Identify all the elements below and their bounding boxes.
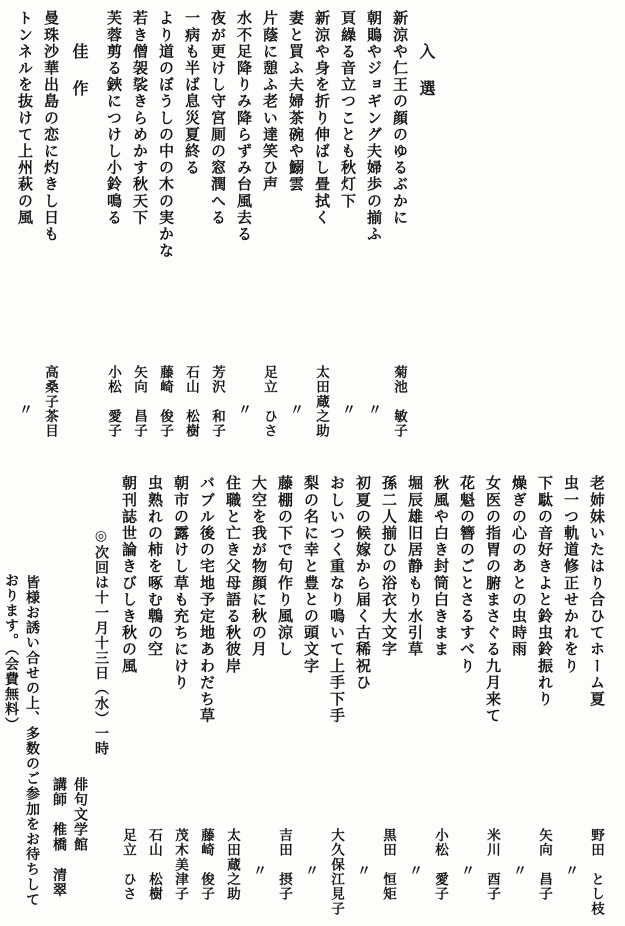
author-name: 小松 愛子	[105, 365, 121, 439]
haiku-column: 老姉妹いたはり合ひてホーム夏 野田 とし枝	[583, 475, 609, 926]
section-heading-nyusen: 入 選	[412, 10, 438, 470]
haiku-column: 芙蓉剪る鋏につけし小鈴鳴る 小松 愛子	[100, 10, 126, 470]
haiku-text: 新涼や身を折り伸ばし畳拭く	[313, 10, 329, 226]
haiku-column: 藤棚の下で句作り風涼し 吉田 摂子	[271, 475, 297, 926]
author-name: 〃	[287, 402, 303, 417]
haiku-text: 夜が更けし守宮厠の窓潤へる	[209, 10, 225, 226]
haiku-column: 虫熟れの柿を啄む鵯の空 石山 松樹	[141, 475, 167, 926]
haiku-text: 水不足降りみ降らずみ台風去る	[235, 10, 251, 242]
author-name: 〃	[354, 863, 370, 878]
author-name: 〃	[406, 863, 422, 878]
haiku-text: 孫二人揃ひの浴衣大文字	[380, 475, 396, 658]
author-name: 黒田 恒矩	[380, 828, 396, 902]
haiku-text: 一病も半ば息災夏終る	[183, 10, 199, 176]
haiku-text: 新涼や仁王の顔のゆるぶかに	[391, 10, 407, 226]
haiku-column: 住職と亡き父母語る秋彼岸 太田蔵之助	[219, 475, 245, 926]
haiku-text: 朝刊誌世論きびしき秋の風	[120, 475, 136, 674]
author-name: 〃	[458, 863, 474, 878]
haiku-text: おしいつく重なり鳴いて上手下手	[328, 475, 344, 724]
haiku-text: 妻と買ふ夫婦茶碗や鰯雲	[287, 10, 303, 193]
bottom-text-block: 老姉妹いたはり合ひてホーム夏 野田 とし枝 虫一つ軌道修正せかれをり 〃 下駄の…	[0, 475, 609, 926]
haiku-column: 一病も半ば息災夏終る 石山 松樹	[178, 10, 204, 470]
haiku-column: 大空を我が物顔に秋の月 〃	[245, 475, 271, 926]
haiku-text: 朝市の露けし草も充ちにけり	[172, 475, 188, 691]
invitation-line: 皆様お誘い合せの上、多数のご参加をお待ちして	[21, 475, 42, 926]
haiku-text: 大空を我が物顔に秋の月	[250, 475, 266, 658]
haiku-column: 女医の指胃の腑まさぐる九月来て 米川 酉子	[479, 475, 505, 926]
author-name: 矢向 昌子	[536, 828, 552, 902]
haiku-column: 妻と買ふ夫婦茶碗や鰯雲 〃	[282, 10, 308, 470]
author-name: 小松 愛子	[432, 828, 448, 902]
author-name: 矢向 昌子	[131, 365, 147, 439]
haiku-column: 朝市の露けし草も充ちにけり 茂木美津子	[167, 475, 193, 926]
author-name: 〃	[562, 863, 578, 878]
haiku-column: 朝鵙やジョギング夫婦歩の揃ふ 〃	[360, 10, 386, 470]
haiku-column: 朝刊誌世論きびしき秋の風 足立 ひさ	[115, 475, 141, 926]
lecturer-name: 講師 椎橋 清翠	[48, 475, 69, 926]
haiku-text: 片蔭に憩ふ老い達笑ひ声	[261, 10, 277, 193]
venue-name: 俳句文学館	[69, 475, 90, 926]
author-name: 〃	[16, 402, 32, 417]
author-name: 藤崎 俊子	[157, 365, 173, 439]
author-name: 吉田 摂子	[276, 828, 292, 902]
haiku-text: 虫一つ軌道修正せかれをり	[562, 475, 578, 674]
haiku-column: 頁繰る音立つことも秋灯下 〃	[334, 10, 360, 470]
haiku-column: 下駄の音好きよと鈴虫鈴振れり 矢向 昌子	[531, 475, 557, 926]
haiku-text: 花魁の簪のごとさるすべり	[458, 475, 474, 674]
author-name: 芳沢 和子	[209, 365, 225, 439]
haiku-column: トンネルを抜けて上州萩の風 〃	[11, 10, 37, 470]
haiku-column: 秋風や白き封筒白きまま 小松 愛子	[427, 475, 453, 926]
author-name: 茂木美津子	[172, 828, 188, 902]
author-name: 〃	[302, 863, 318, 878]
haiku-text: 下駄の音好きよと鈴虫鈴振れり	[536, 475, 552, 707]
haiku-selection-page: 入 選 新涼や仁王の顔のゆるぶかに 菊池 敏子 朝鵙やジョギング夫婦歩の揃ふ 〃…	[0, 0, 625, 926]
author-name: 野田 とし枝	[588, 828, 604, 916]
haiku-column: おしいつく重なり鳴いて上手下手 大久保江見子	[323, 475, 349, 926]
author-name: 太田蔵之助	[224, 828, 240, 902]
author-name: 〃	[339, 402, 355, 417]
haiku-column: より道のぼうしの中の木の実かな 藤崎 俊子	[152, 10, 178, 470]
author-name: 〃	[235, 402, 251, 417]
author-name: 菊池 敏子	[391, 365, 407, 439]
haiku-text: 女医の指胃の腑まさぐる九月来て	[484, 475, 500, 724]
haiku-text: 虫熟れの柿を啄む鵯の空	[146, 475, 162, 658]
haiku-text: 芙蓉剪る鋏につけし小鈴鳴る	[105, 10, 121, 226]
haiku-column: 夜が更けし守宮厠の窓潤へる 芳沢 和子	[204, 10, 230, 470]
haiku-column: 堀辰雄旧居静もり水引草 〃	[401, 475, 427, 926]
haiku-column: 虫一つ軌道修正せかれをり 〃	[557, 475, 583, 926]
author-name: 〃	[250, 863, 266, 878]
haiku-column: 若き僧袈裟きらめかす秋天下 矢向 昌子	[126, 10, 152, 470]
haiku-column: 孫二人揃ひの浴衣大文字 黒田 恒矩	[375, 475, 401, 926]
haiku-text: 燥ぎの心のあとの虫時雨	[510, 475, 526, 658]
haiku-column: 梨の名に幸と豊との頭文字 〃	[297, 475, 323, 926]
haiku-text: 曼珠沙華出島の恋に灼きし日も	[42, 10, 58, 242]
author-name: 足立 ひさ	[261, 365, 277, 439]
haiku-column: 初夏の候嫁から届く古稀祝ひ 〃	[349, 475, 375, 926]
author-name: 足立 ひさ	[120, 828, 136, 902]
haiku-text: より道のぼうしの中の木の実かな	[157, 10, 173, 259]
next-meeting-notice: ◎次回は十一月十三日（水）一時	[90, 475, 111, 926]
haiku-column: 新涼や仁王の顔のゆるぶかに 菊池 敏子	[386, 10, 412, 470]
haiku-column: 曼珠沙華出島の恋に灼きし日も 高桑子茶目	[37, 10, 63, 470]
author-name: 〃	[510, 863, 526, 878]
haiku-text: 住職と亡き父母語る秋彼岸	[224, 475, 240, 674]
invitation-line-2: おります。（会費無料）	[0, 475, 21, 926]
author-name: 石山 松樹	[183, 365, 199, 439]
haiku-column: 水不足降りみ降らずみ台風去る 〃	[230, 10, 256, 470]
haiku-column: 新涼や身を折り伸ばし畳拭く 太田蔵之助	[308, 10, 334, 470]
author-name: 藤崎 俊子	[198, 828, 214, 902]
haiku-text: 朝鵙やジョギング夫婦歩の揃ふ	[365, 10, 381, 242]
haiku-text: 頁繰る音立つことも秋灯下	[339, 10, 355, 209]
haiku-text: 堀辰雄旧居静もり水引草	[406, 475, 422, 658]
section-heading-kasaku: 佳 作	[65, 10, 91, 470]
author-name: 高桑子茶目	[42, 365, 58, 439]
author-name: 石山 松樹	[146, 828, 162, 902]
haiku-text: 若き僧袈裟きらめかす秋天下	[131, 10, 147, 226]
haiku-text: 梨の名に幸と豊との頭文字	[302, 475, 318, 674]
top-text-block: 入 選 新涼や仁王の顔のゆるぶかに 菊池 敏子 朝鵙やジョギング夫婦歩の揃ふ 〃…	[11, 10, 438, 470]
haiku-column: 花魁の簪のごとさるすべり 〃	[453, 475, 479, 926]
author-name: 大久保江見子	[328, 828, 344, 916]
haiku-text: 秋風や白き封筒白きまま	[432, 475, 448, 658]
haiku-text: バブル後の宅地予定地あわだち草	[198, 475, 214, 724]
haiku-column: バブル後の宅地予定地あわだち草 藤崎 俊子	[193, 475, 219, 926]
haiku-text: トンネルを抜けて上州萩の風	[16, 10, 32, 226]
author-name: 米川 酉子	[484, 828, 500, 902]
haiku-column: 片蔭に憩ふ老い達笑ひ声 足立 ひさ	[256, 10, 282, 470]
haiku-text: 老姉妹いたはり合ひてホーム夏	[588, 475, 604, 707]
haiku-text: 初夏の候嫁から届く古稀祝ひ	[354, 475, 370, 691]
haiku-text: 藤棚の下で句作り風涼し	[276, 475, 292, 658]
author-name: 〃	[365, 402, 381, 417]
author-name: 太田蔵之助	[313, 365, 329, 439]
haiku-column: 燥ぎの心のあとの虫時雨 〃	[505, 475, 531, 926]
